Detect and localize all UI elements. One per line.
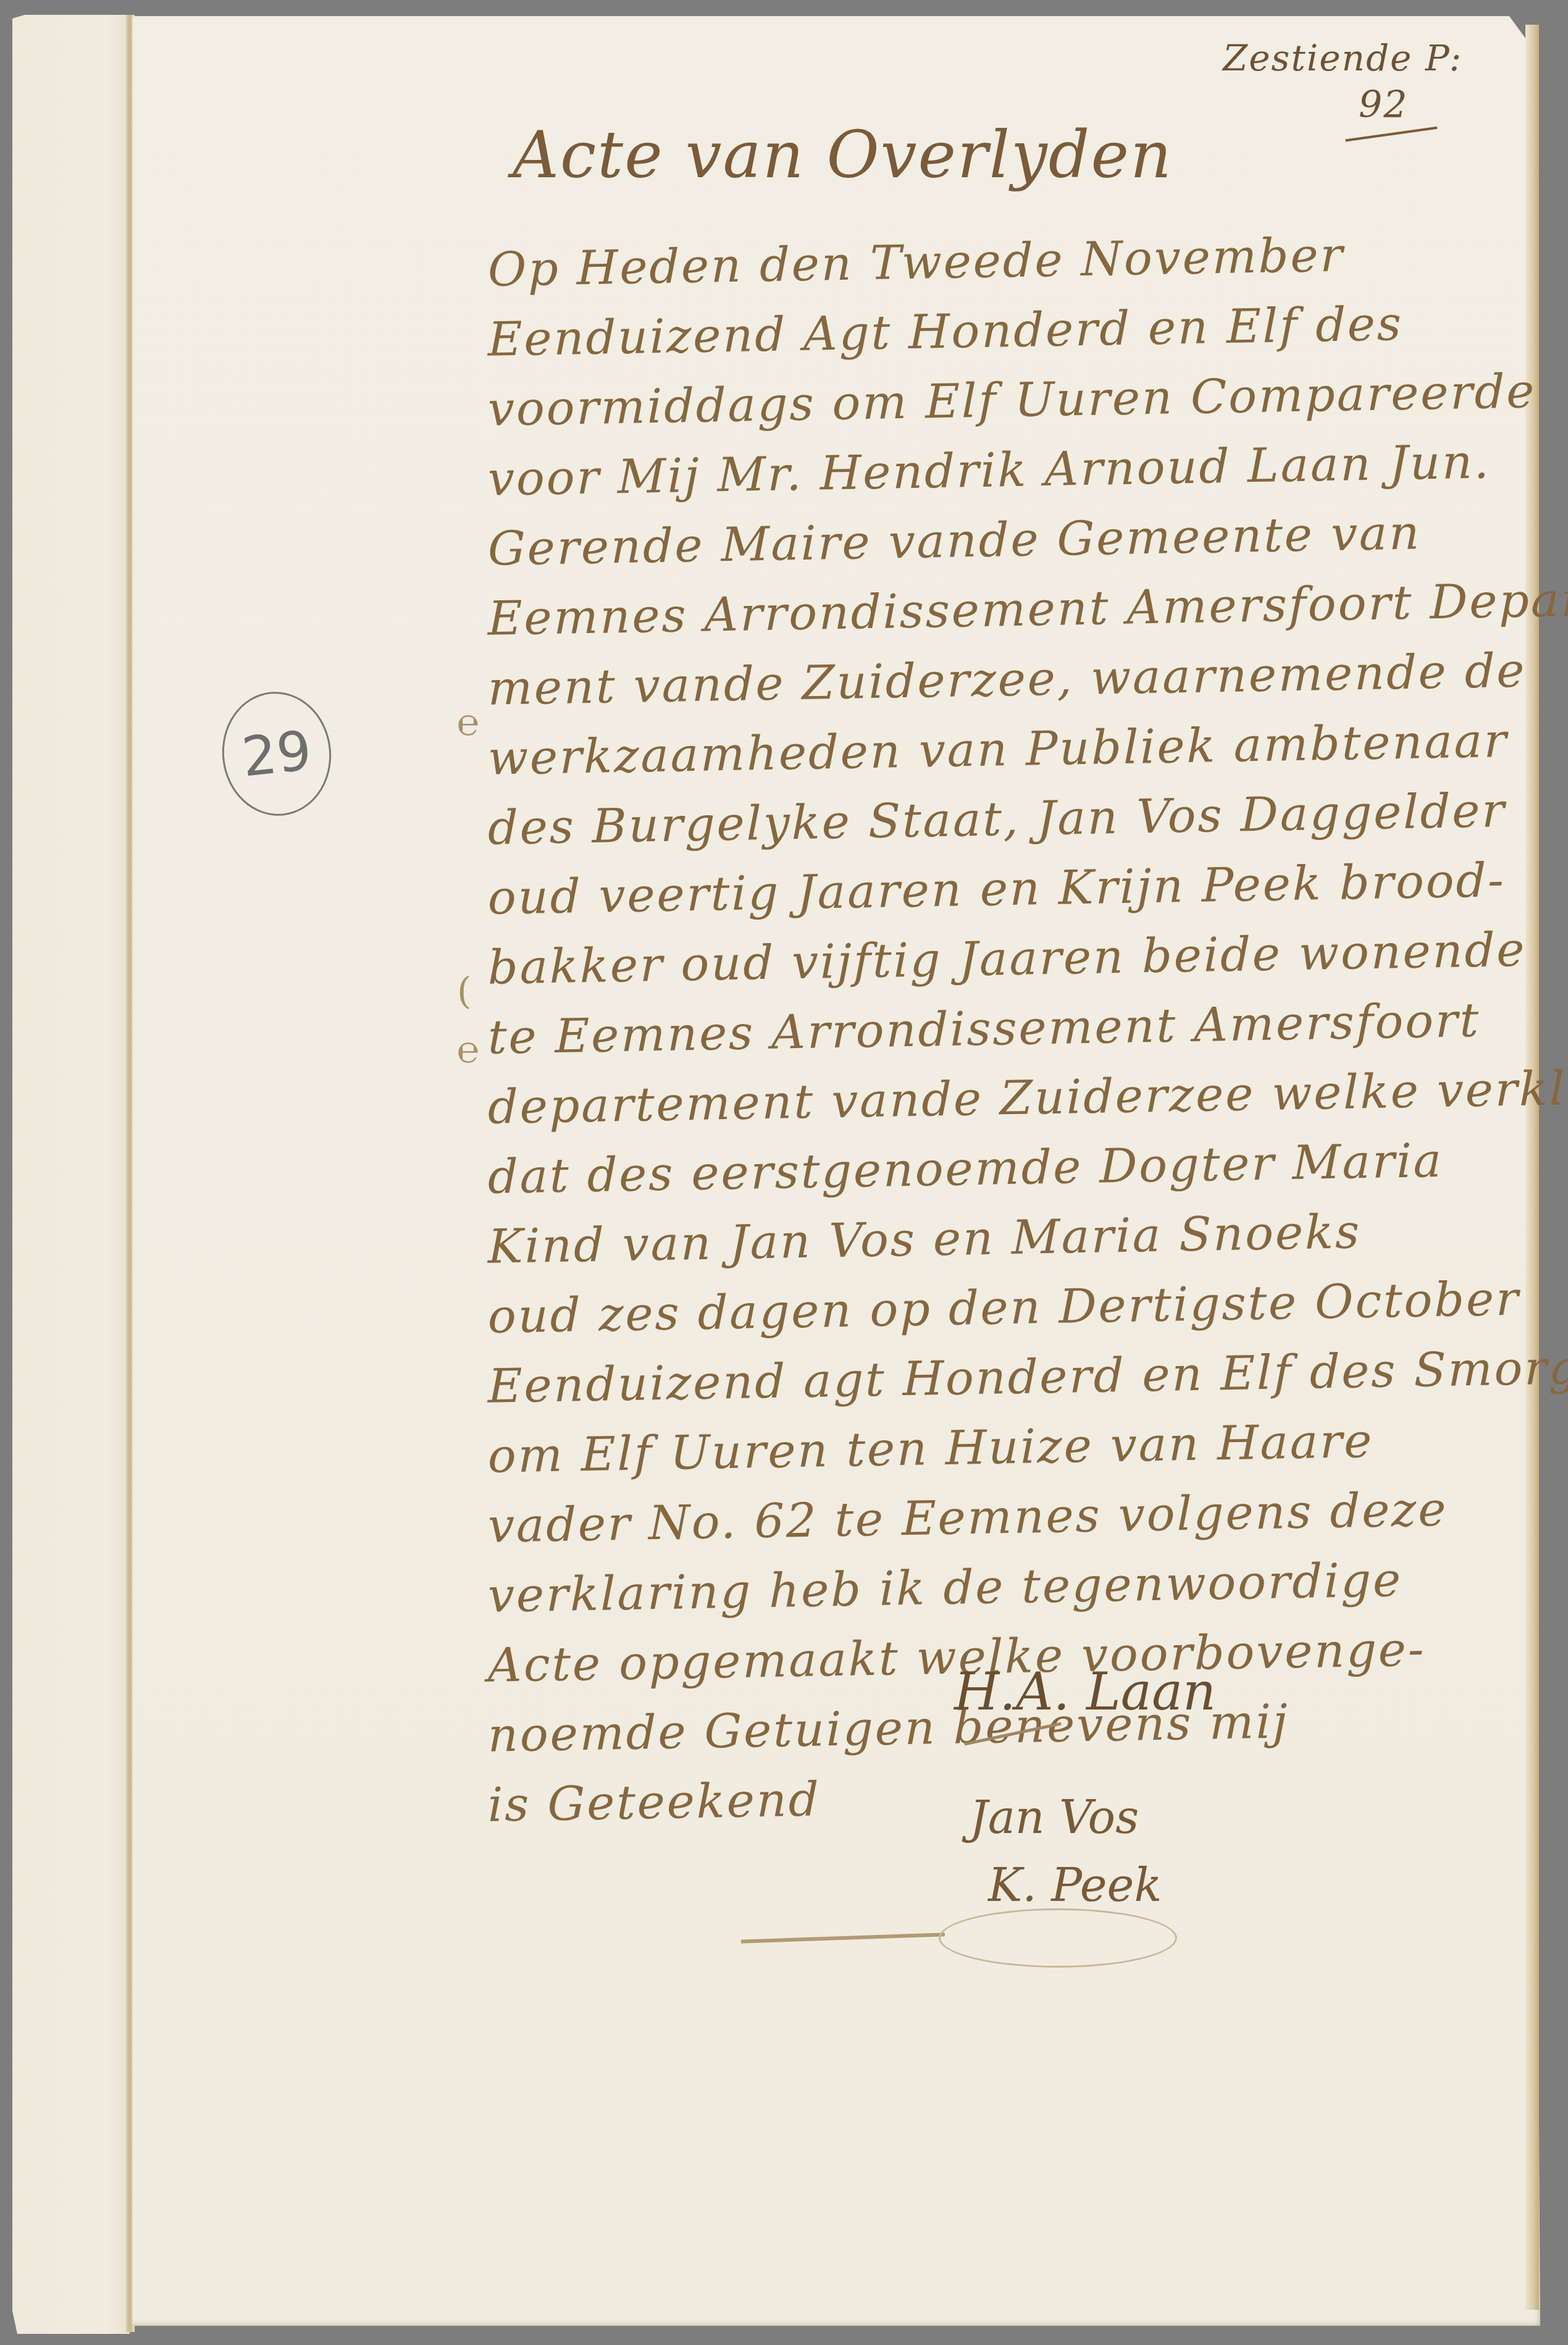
signature-flourish [939,1908,1177,1968]
pencil-number-text: 29 [239,718,314,789]
margin-flourish: ℮ [457,701,479,744]
record-body: Op Heden den Tweede November Eenduizend … [488,225,1538,1831]
signature-witness-1: Jan Vos [970,1791,1139,1844]
signature-witness-2: K. Peek [988,1859,1162,1912]
margin-flourish: ℮ [457,1028,479,1072]
corner-note: Zestiende P: [1223,37,1462,79]
folio-number: 92 [1359,83,1408,127]
margin-flourish: ( [457,970,471,1013]
facing-page: tober f e d eende f ende ar lle een ent … [12,15,130,2334]
record-title: Acte van Overlyden [513,117,1173,193]
document-scan: tober f e d eende f ende ar lle een ent … [0,0,1568,2345]
signature-mayor: H.A. Laan [954,1661,1216,1722]
